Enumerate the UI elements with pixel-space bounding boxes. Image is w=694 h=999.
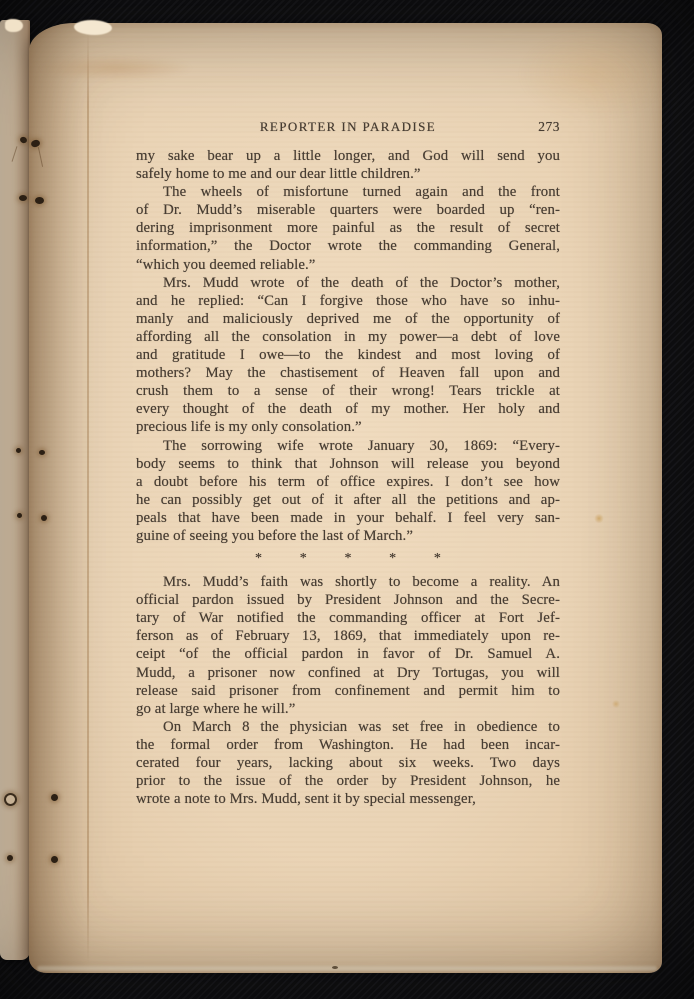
text-line: wrote a note to Mrs. Mudd, sent it by sp… bbox=[136, 790, 560, 808]
asterisk: * bbox=[300, 550, 307, 568]
text-line: a doubt before his term of office expire… bbox=[136, 473, 560, 491]
asterisk: * bbox=[434, 550, 441, 568]
paragraph: Mrs. Mudd’s faith was shortly to become … bbox=[136, 573, 560, 718]
text-line: peals that have been made in your behalf… bbox=[136, 509, 560, 527]
binding-hole bbox=[4, 793, 17, 806]
text-line: affording all the consolation in my powe… bbox=[136, 328, 560, 346]
binding-hole bbox=[51, 856, 58, 863]
asterisk: * bbox=[344, 550, 351, 568]
text-line: safely home to me and our dear little ch… bbox=[136, 165, 560, 183]
binding-hole bbox=[35, 197, 44, 204]
asterisk-separator: ***** bbox=[255, 550, 441, 568]
text-line: cerated four years, lacking about six we… bbox=[136, 754, 560, 772]
text-line: the formal order from Washington. He had… bbox=[136, 736, 560, 754]
text-line: official pardon issued by President John… bbox=[136, 591, 560, 609]
text-line: Mudd, a prisoner now confined at Dry Tor… bbox=[136, 664, 560, 682]
text-line: prior to the issue of the order by Presi… bbox=[136, 772, 560, 790]
asterisk: * bbox=[389, 550, 396, 568]
text-line: mothers? May the chastisement of Heaven … bbox=[136, 364, 560, 382]
text-line: he can possibly get out of it after all … bbox=[136, 491, 560, 509]
book-page: REPORTER IN PARADISE 273 my sake bear up… bbox=[29, 23, 662, 973]
paragraph: The sorrowing wife wrote January 30, 186… bbox=[136, 437, 560, 546]
page-bottom-edge bbox=[37, 966, 657, 971]
text-line: precious life is my only consolation.” bbox=[136, 418, 560, 436]
previous-page-edge bbox=[0, 20, 30, 960]
binding-hole bbox=[41, 515, 47, 521]
binding-hole bbox=[19, 195, 27, 201]
binding-hole bbox=[7, 855, 13, 861]
running-header-title: REPORTER IN PARADISE bbox=[136, 119, 560, 135]
binding-hole bbox=[17, 513, 22, 518]
text-line: of Dr. Mudd’s miserable quarters were bo… bbox=[136, 201, 560, 219]
text-line: my sake bear up a little longer, and God… bbox=[136, 147, 560, 165]
text-line: crush them to a sense of their wrong! Te… bbox=[136, 382, 560, 400]
text-line: On March 8 the physician was set free in… bbox=[136, 718, 560, 736]
binding-hole bbox=[51, 794, 58, 801]
text-line: tary of War notified the commanding offi… bbox=[136, 609, 560, 627]
binding-hole bbox=[16, 448, 21, 453]
binding-hole bbox=[39, 450, 45, 455]
page-number: 273 bbox=[538, 119, 560, 135]
text-line: ferson as of February 13, 1869, that imm… bbox=[136, 627, 560, 645]
text-line: release said prisoner from confinement a… bbox=[136, 682, 560, 700]
paragraph: Mrs. Mudd wrote of the death of the Doct… bbox=[136, 274, 560, 437]
paragraph: The wheels of misfortune turned again an… bbox=[136, 183, 560, 273]
gutter-shadow bbox=[29, 23, 91, 973]
asterisk: * bbox=[255, 550, 262, 568]
text-line: “which you deemed reliable.” bbox=[136, 256, 560, 274]
text-line: dering imprisonment more painful as the … bbox=[136, 219, 560, 237]
text-line: and gratitude I owe—to the kindest and m… bbox=[136, 346, 560, 364]
text-line: body seems to think that Johnson will re… bbox=[136, 455, 560, 473]
running-header: REPORTER IN PARADISE 273 bbox=[136, 119, 560, 137]
text-line: Mrs. Mudd wrote of the death of the Doct… bbox=[136, 274, 560, 292]
page-text: my sake bear up a little longer, and God… bbox=[136, 147, 560, 808]
text-line: every thought of the death of my mother.… bbox=[136, 400, 560, 418]
paragraph: On March 8 the physician was set free in… bbox=[136, 718, 560, 808]
text-line: manly and maliciously deprived me of the… bbox=[136, 310, 560, 328]
text-line: Mrs. Mudd’s faith was shortly to become … bbox=[136, 573, 560, 591]
paragraph: my sake bear up a little longer, and God… bbox=[136, 147, 560, 183]
text-line: The wheels of misfortune turned again an… bbox=[136, 183, 560, 201]
text-line: ceipt “of the official pardon in favor o… bbox=[136, 645, 560, 663]
text-line: information,” the Doctor wrote the comma… bbox=[136, 237, 560, 255]
text-line: and he replied: “Can I forgive those who… bbox=[136, 292, 560, 310]
book-photo: REPORTER IN PARADISE 273 my sake bear up… bbox=[0, 0, 694, 999]
text-line: go at large where he will.” bbox=[136, 700, 560, 718]
page-crease bbox=[87, 31, 89, 963]
text-line: The sorrowing wife wrote January 30, 186… bbox=[136, 437, 560, 455]
text-line: guine of seeing you before the last of M… bbox=[136, 527, 560, 545]
